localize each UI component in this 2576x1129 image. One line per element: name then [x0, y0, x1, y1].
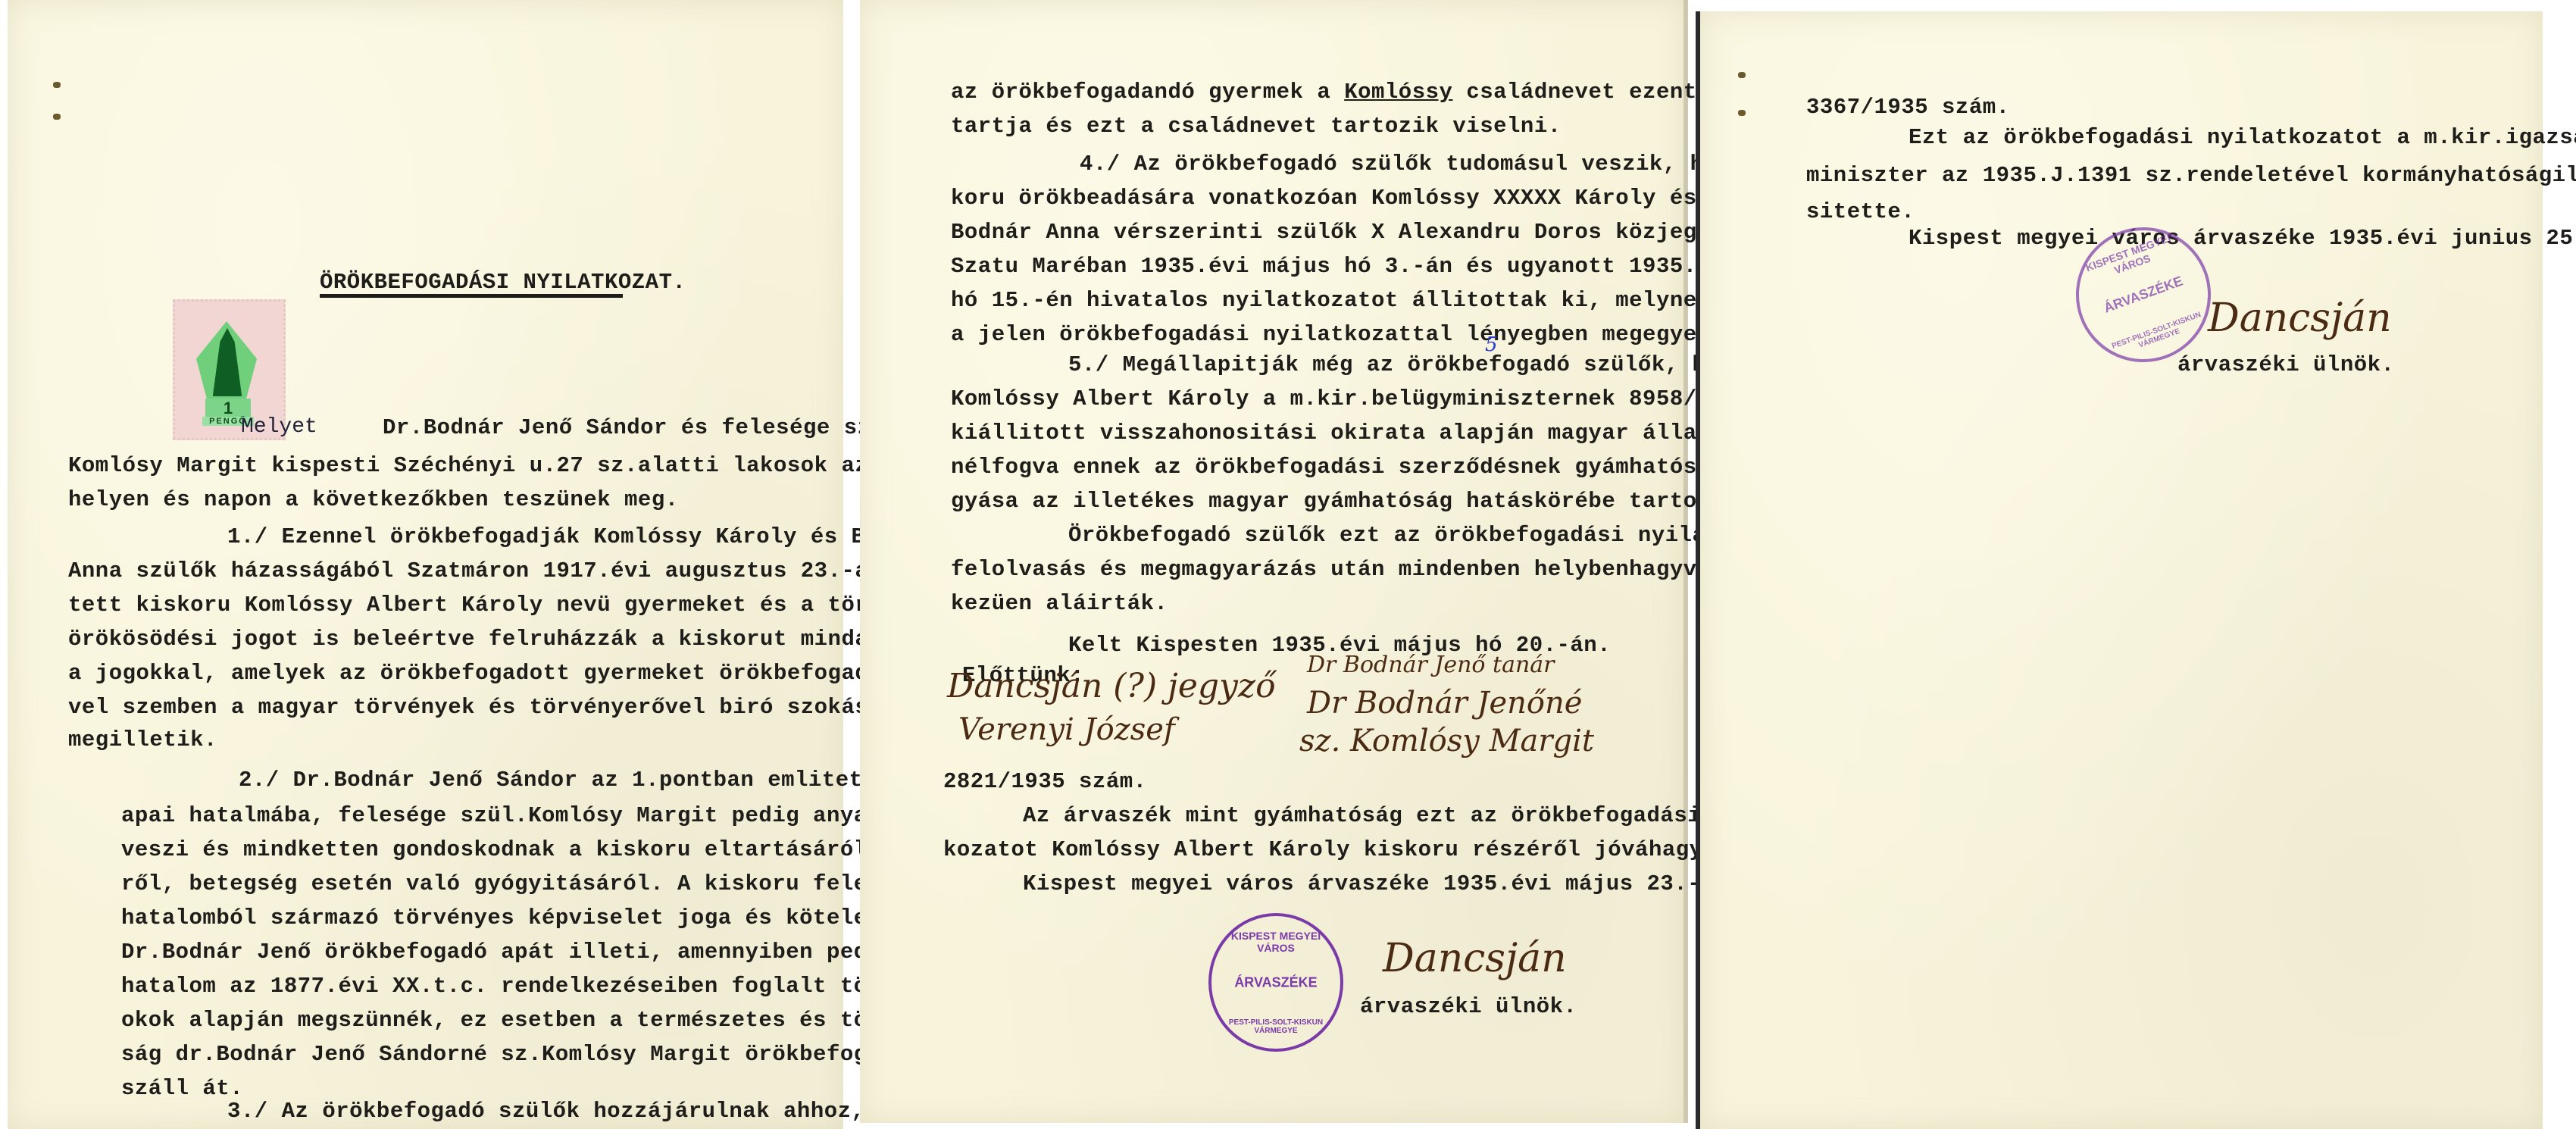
text-line: kozatot Komlóssy Albert Károly kiskoru r…	[943, 837, 1743, 862]
text-line: koru örökbeadására vonatkozóan Komlóssy …	[951, 186, 1819, 211]
text-line: Az árvaszék mint gyámhatóság ezt az örök…	[1023, 803, 1809, 828]
signature: Verenyi József	[958, 712, 1175, 747]
approval-number: 2821/1935 szám.	[943, 769, 1147, 794]
seal-bottom-text: PEST-PILIS-SOLT-KISKUN VÁRMEGYE	[1211, 1018, 1340, 1035]
text-line: kezüen aláirták.	[951, 591, 1168, 616]
text-line: 1./ Ezennel örökbefogadják Komlóssy Káro…	[227, 524, 933, 549]
seal-center-text: ÁRVASZÉKE	[1211, 974, 1340, 990]
melyet-text: Melyet	[241, 415, 317, 439]
text-fragment: az örökbefogadandó gyermek a	[951, 80, 1344, 105]
text-line: megilletik.	[68, 727, 217, 752]
text-line: Bodnár Anna vérszerinti szülők X Alexand…	[951, 220, 1819, 245]
document-page-3: 3367/1935 szám. Ezt az örökbefogadási ny…	[1696, 11, 2543, 1129]
signer-title: árvaszéki ülnök.	[2177, 352, 2394, 377]
text-line: miniszter az 1935.J.1391 sz.rendeletével…	[1806, 163, 2576, 188]
text-line: örökösödési jogot is beleértve felruházz…	[68, 627, 950, 652]
punch-hole	[1738, 110, 1746, 116]
signature: Dancsján	[1383, 936, 1567, 981]
text-line: a jelen örökbefogadási nyilatkozattal lé…	[951, 322, 1751, 347]
text-line: száll át.	[121, 1076, 243, 1101]
punch-hole	[53, 82, 61, 88]
signature: Dancsján	[2208, 296, 2392, 341]
punch-hole	[1738, 72, 1746, 78]
text-line: tartja és ezt a családnevet tartozik vis…	[951, 114, 1562, 139]
signature: Dancsján (?) jegyző	[947, 667, 1276, 705]
document-title: ÖRÖKBEFOGADÁSI NYILATKOZAT.	[320, 270, 686, 295]
text-line: Anna szülők házasságából Szatmáron 1917.…	[68, 558, 977, 583]
text-line: ről, betegség esetén való gyógyitásáról.…	[121, 871, 976, 896]
punch-hole	[53, 114, 61, 120]
document-page-1: ÖRÖKBEFOGADÁSI NYILATKOZAT. 1 PENGŐ Mely…	[8, 0, 843, 1129]
underlined-name: Komlóssy	[1344, 80, 1452, 105]
signer-title: árvaszéki ülnök.	[1360, 994, 1577, 1019]
text-line: sitette.	[1806, 199, 1915, 224]
text-line: 3./ Az örökbefogadó szülők hozzájárulnak…	[227, 1099, 933, 1124]
signature: Dr Bodnár Jenőné	[1307, 686, 1582, 721]
text-line: Ezt az örökbefogadási nyilatkozatot a m.…	[1909, 125, 2576, 150]
text-line: felolvasás és megmagyarázás után mindenb…	[951, 557, 1805, 582]
text-line: gyása az illetékes magyar gyámhatóság ha…	[951, 489, 1751, 514]
text-line: Kispest megyei város árvaszéke 1935.évi …	[1023, 871, 1742, 896]
signature: Dr Bodnár Jenő tanár	[1307, 652, 1555, 678]
title-underline	[320, 294, 623, 298]
text-line: Komlósy Margit kispesti Széchényi u.27 s…	[68, 453, 977, 478]
seal-top-text: KISPEST MEGYEI VÁROS	[1211, 930, 1340, 954]
text-line: Kispest megyei város árvaszéke 1935.évi …	[1909, 226, 2576, 251]
text-line: tett kiskoru Komlóssy Albert Károly nevü…	[68, 593, 950, 618]
official-seal: KISPEST MEGYEI VÁROS ÁRVASZÉKE PEST-PILI…	[1208, 913, 1343, 1052]
text-line: helyen és napon a következőkben teszünek…	[68, 487, 679, 512]
approval-number: 3367/1935 szám.	[1806, 95, 2010, 120]
text-line: Dr.Bodnár Jenő Sándor és felesége szül.	[383, 415, 911, 440]
signature: sz. Komlósy Margit	[1299, 724, 1594, 758]
text-line: hatalomból származó törvényes képviselet…	[121, 905, 976, 930]
text-line: Szatu Maréban 1935.évi május hó 3.-án és…	[951, 254, 1819, 279]
text-line: a jogokkal, amelyek az örökbefogadott gy…	[68, 661, 990, 686]
